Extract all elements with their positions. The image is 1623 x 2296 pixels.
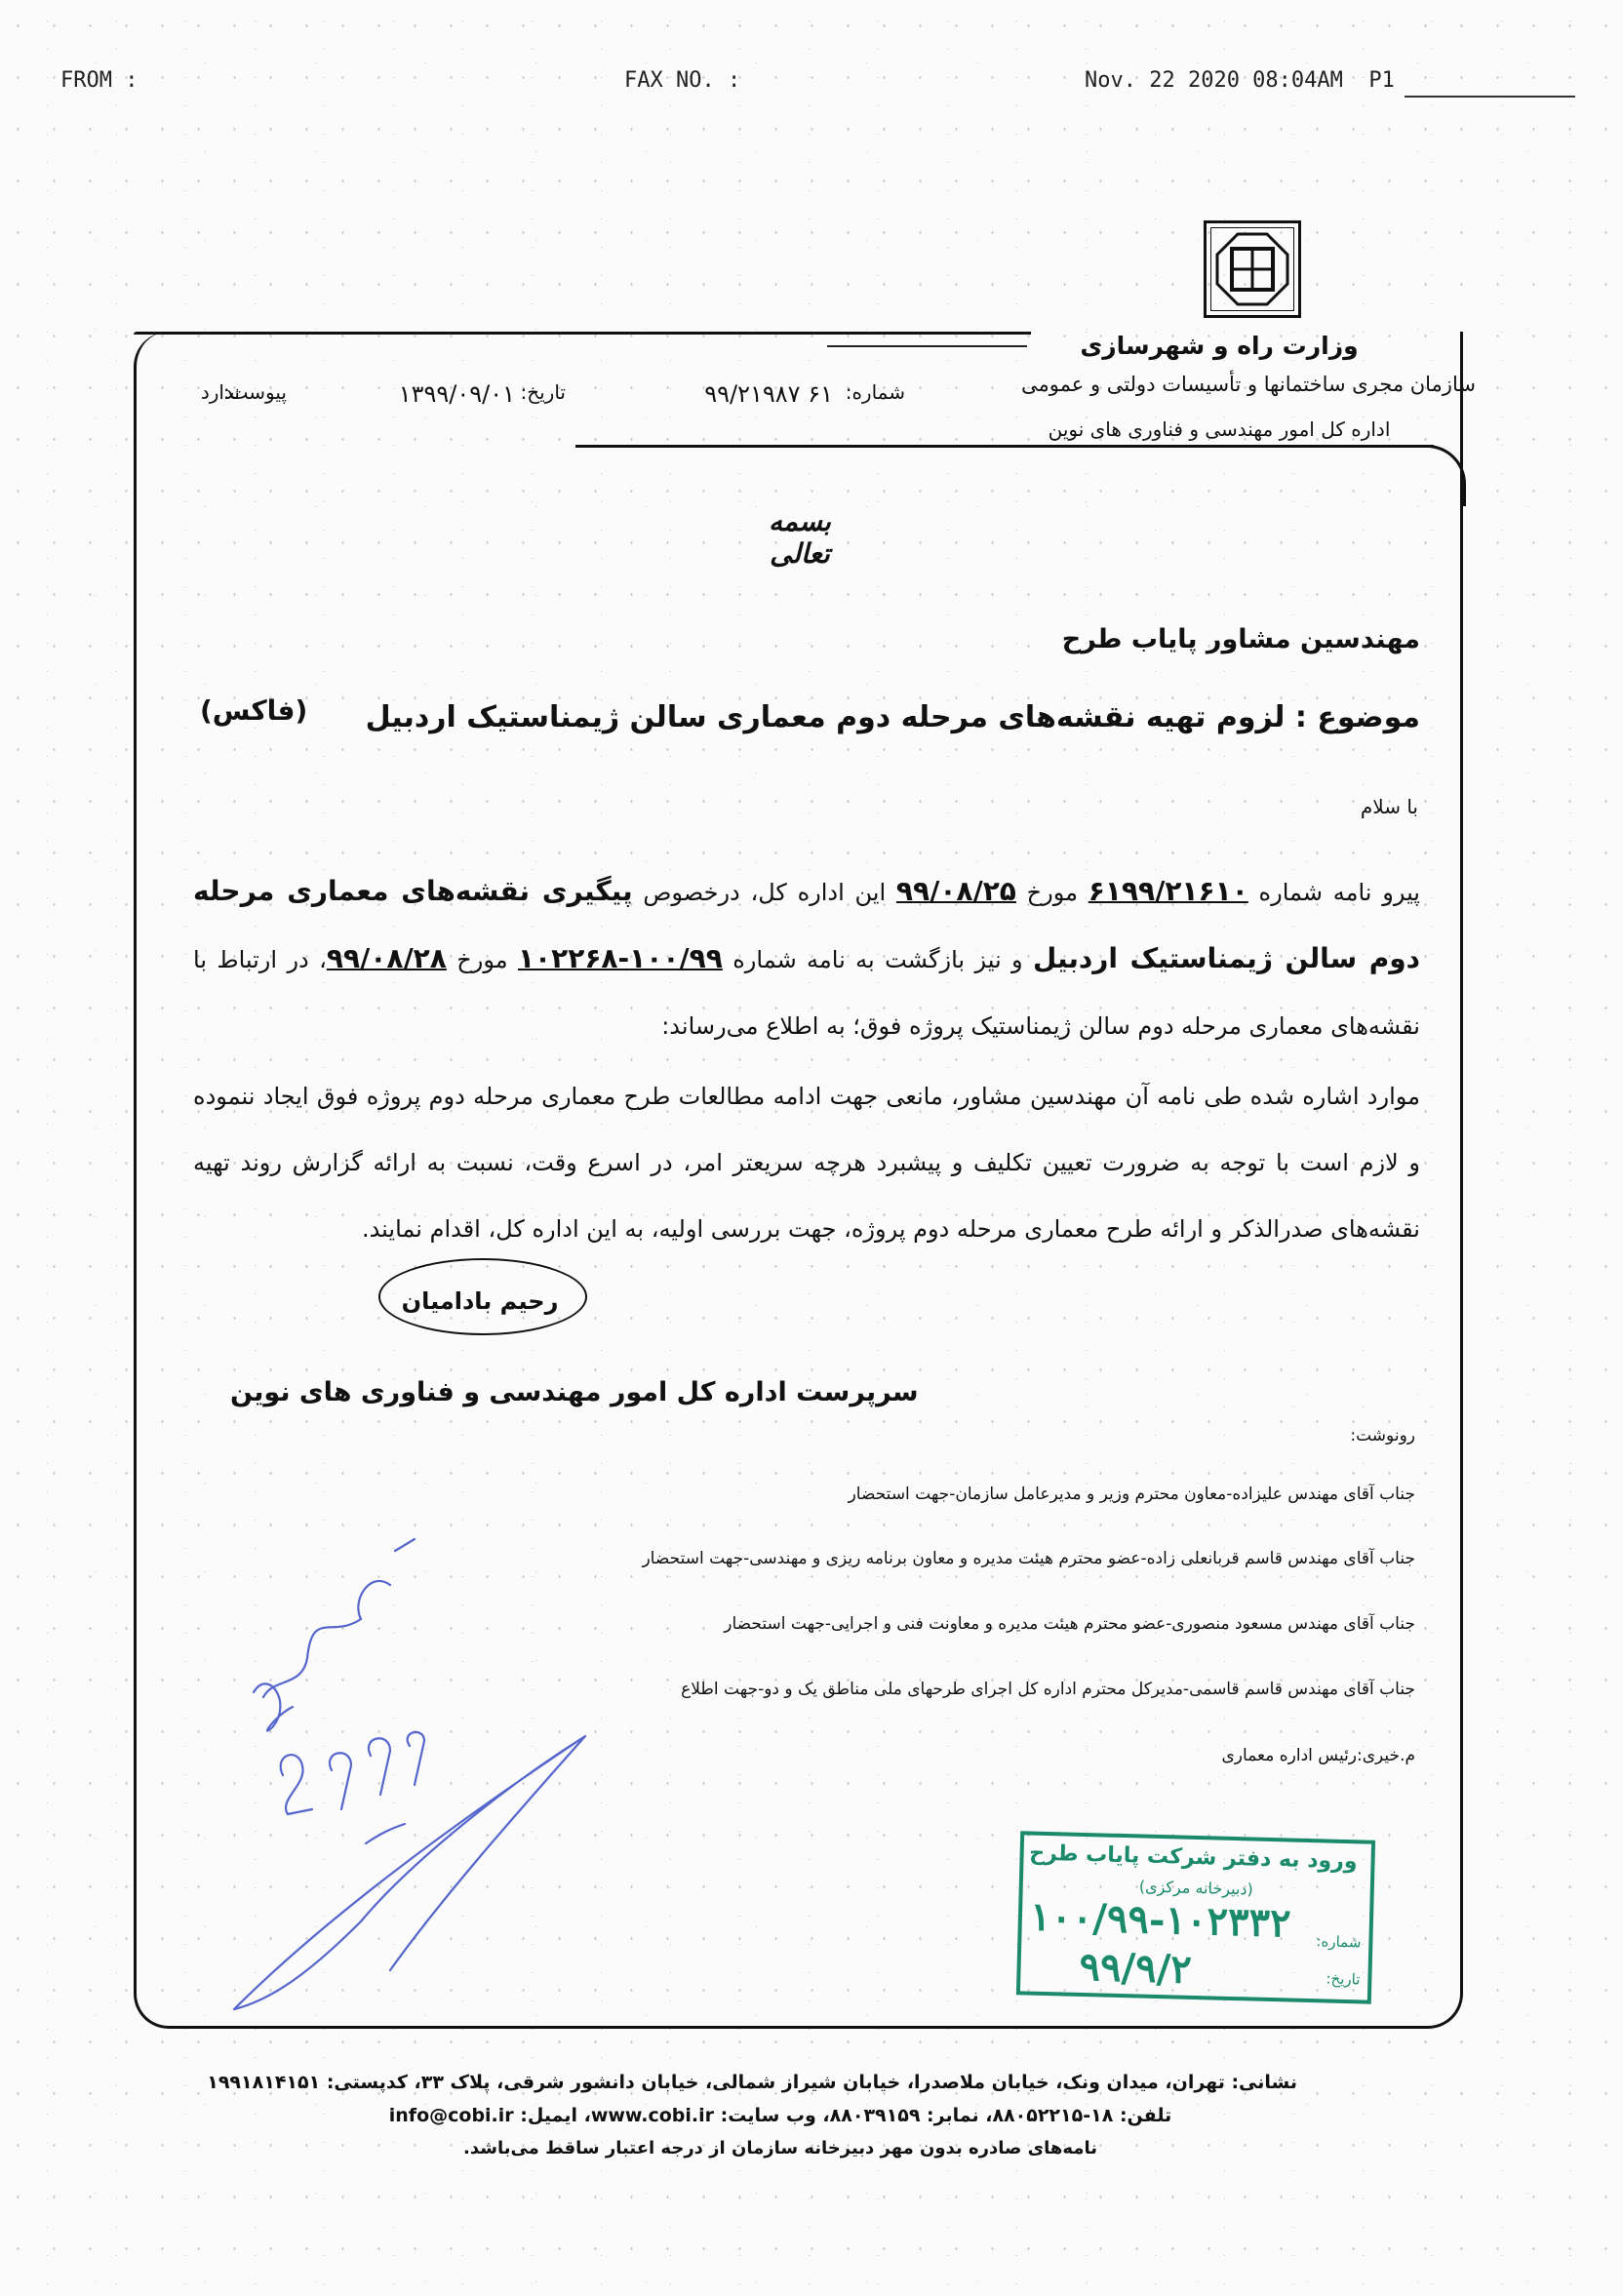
reference-number-1: ۶۱۹۹/۲۱۶۱۰ — [1089, 875, 1248, 907]
stamp-date-label: تاریخ: — [1326, 1970, 1360, 1989]
frame-inner-top-border — [575, 445, 1434, 448]
footer-contact: تلفن: ۱۸-۸۸۰۵۲۲۱۵، نمابر: ۸۸۰۳۹۱۵۹، وب س… — [263, 2105, 1297, 2126]
stamp-number-label: شماره: — [1316, 1932, 1361, 1951]
stamp-date: ۹۹/۹/۲ — [1079, 1944, 1192, 1993]
cc-label: رونوشت: — [1350, 1426, 1415, 1445]
fax-datetime: Nov. 22 2020 08:04AM P1 — [1085, 68, 1395, 93]
cc-item: جناب آقای مهندس مسعود منصوری-عضو محترم ه… — [724, 1614, 1415, 1634]
handwritten-annotation-icon — [215, 1531, 605, 2019]
fax-header-rule — [1405, 96, 1575, 98]
reference-date-2: ۹۹/۰۸/۲۸ — [327, 942, 447, 974]
footer-notice: نامه‌های صادره بدون مهر دبیرخانه سازمان … — [263, 2138, 1297, 2158]
stamp-subtitle: (دبیرخانه مرکزی) — [1139, 1877, 1253, 1898]
footer-address: نشانی: تهران، میدان ونک، خیابان ملاصدرا،… — [263, 2072, 1297, 2093]
p1-text: این اداره کل، درخصوص — [633, 879, 896, 906]
fax-datetime-value: Nov. 22 2020 08:04AM — [1085, 68, 1343, 93]
body-paragraph-2: موارد اشاره شده طی نامه آن مهندسین مشاور… — [193, 1063, 1420, 1262]
p1-text: پیرو نامه شماره — [1248, 879, 1420, 906]
letter-meta: شماره: ۶۱ ۹۹/۲۱۹۸۷ تاریخ: ۱۳۹۹/۰۹/۰۱ پیو… — [0, 380, 1623, 416]
letter-number: ۶۱ ۹۹/۲۱۹۸۷ — [704, 380, 833, 408]
fax-page: P1 — [1368, 68, 1395, 93]
cc-item: م.خیری:رئیس اداره معماری — [1222, 1746, 1416, 1765]
subject-line: موضوع : لزوم تهیه نقشه‌های مرحله دوم معم… — [366, 700, 1420, 734]
body-paragraph-1: پیرو نامه شماره ۶۱۹۹/۲۱۶۱۰ مورخ ۹۹/۰۸/۲۵… — [193, 858, 1420, 1059]
fax-number-label: FAX NO. : — [624, 68, 740, 93]
p1-text: و نیز بازگشت به نامه شماره — [723, 946, 1033, 973]
number-label: شماره: — [846, 380, 905, 404]
signer-name: رحیم بادامیان — [382, 1287, 577, 1315]
letter-date: ۱۳۹۹/۰۹/۰۱ — [399, 380, 515, 408]
bismillah-heading: بسمه تعالی — [741, 505, 858, 570]
fax-header: FROM : FAX NO. : Nov. 22 2020 08:04AM P1 — [0, 68, 1623, 107]
p1-text: مورخ — [447, 946, 518, 973]
recipient: مهندسین مشاور پایاب طرح — [1062, 624, 1420, 654]
ministry-emblem-icon — [1204, 220, 1301, 318]
attachment-value: ندارد — [201, 380, 240, 404]
cc-item: جناب آقای مهندس علیزاده-معاون محترم وزیر… — [849, 1484, 1415, 1504]
stamp-title: ورود به دفتر شرکت پایاب طرح — [1029, 1841, 1358, 1875]
greeting: با سلام — [1361, 795, 1418, 818]
signer-title: سرپرست اداره کل امور مهندسی و فناوری های… — [230, 1377, 919, 1407]
cc-item: جناب آقای مهندس قاسم قربانعلی زاده-عضو م… — [642, 1549, 1415, 1568]
p1-text: مورخ — [1016, 879, 1089, 906]
receipt-stamp: ورود به دفتر شرکت پایاب طرح (دبیرخانه مر… — [1016, 1831, 1375, 2003]
reference-number-2: ۱۰۰/۹۹-۱۰۲۲۶۸ — [518, 942, 723, 974]
fax-from-label: FROM : — [60, 68, 138, 93]
cc-item: جناب آقای مهندس قاسم قاسمی-مدیرکل محترم … — [681, 1680, 1415, 1699]
stamp-number: ۱۰۰/۹۹-۱۰۲۳۳۲ — [1029, 1894, 1291, 1947]
date-label: تاریخ: — [520, 380, 566, 404]
reference-date-1: ۹۹/۰۸/۲۵ — [896, 875, 1016, 907]
fax-tag: (فاکس) — [200, 694, 307, 727]
